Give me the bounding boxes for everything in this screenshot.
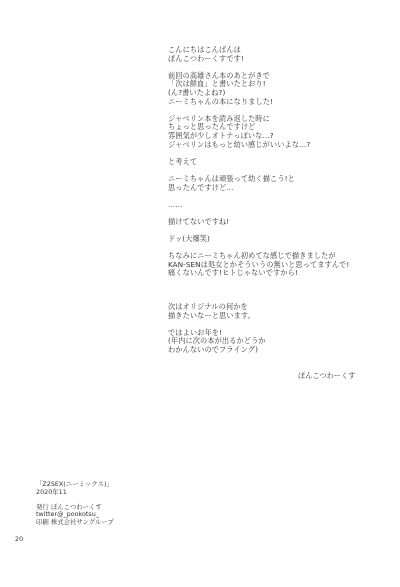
paragraph-thinking: と考えて bbox=[168, 158, 396, 167]
paragraph-failed: 描けてないですね! bbox=[168, 218, 396, 227]
colophon: 「Z2SEX(ニーミックス)」 2020年11 発行 ぽんこつわーくす twit… bbox=[36, 481, 114, 534]
text-line: ジャベリンはもっと幼い感じがいいよな…? bbox=[168, 141, 396, 150]
colophon-title-block: 「Z2SEX(ニーミックス)」 2020年11 bbox=[36, 481, 114, 496]
paragraph-laugh: ドッ(大爆笑) bbox=[168, 235, 396, 244]
document-page: こんにちはこんばんは ぽんこつわーくすです! 前回の高雄さん本のあとがきで 「次… bbox=[0, 0, 400, 587]
text-line: ニーミちゃんの本になりました! bbox=[168, 98, 396, 107]
text-line: と考えて bbox=[168, 158, 396, 167]
paragraph-next: 次はオリジナルの何かを 描きたいなーと思います。 bbox=[168, 303, 396, 320]
text-line: 痛くないんです!ヒトじゃないですから! bbox=[168, 269, 396, 278]
text-line: ぽんこつわーくすです! bbox=[168, 55, 396, 64]
publication-date: 2020年11 bbox=[36, 489, 114, 497]
text-line: 思ったんですけど… bbox=[168, 184, 396, 193]
text-line: 描けてないですね! bbox=[168, 218, 396, 227]
paragraph-kansen: ちなみにニーミちゃん初めてな感じで描きましたが KAN-SENは処女とかそういう… bbox=[168, 252, 396, 278]
afterword-text: こんにちはこんばんは ぽんこつわーくすです! 前回の高雄さん本のあとがきで 「次… bbox=[168, 46, 396, 363]
text-line: ドッ(大爆笑) bbox=[168, 235, 396, 244]
page-number: 20 bbox=[15, 535, 23, 543]
text-line: わかんないのでフライング) bbox=[168, 346, 396, 355]
paragraph-ellipsis: …… bbox=[168, 201, 396, 210]
printer: 印刷 株式会社サングループ bbox=[36, 519, 114, 527]
paragraph-niimi-plan: ニーミちゃんは頑張って幼く描こう!と 思ったんですけど… bbox=[168, 175, 396, 192]
paragraph-javelin: ジャベリン本を読み返した時に ちょっと思ったんですけど 雰囲気が少しオトナっぽい… bbox=[168, 115, 396, 149]
text-line: 描きたいなーと思います。 bbox=[168, 312, 396, 321]
colophon-credits-block: 発行 ぽんこつわーくす twitter@_pookotsu_ 印刷 株式会社サン… bbox=[36, 504, 114, 527]
paragraph-greeting: こんにちはこんばんは ぽんこつわーくすです! bbox=[168, 46, 396, 63]
author-signature: ぽんこつわーくす bbox=[298, 371, 355, 380]
paragraph-previous-book: 前回の高雄さん本のあとがきで 「次は鮮血」と書いたとおり! (ん?書いたよね?)… bbox=[168, 72, 396, 106]
paragraph-farewell: ではよいお年を! (年内に次の本が出るかどうか わかんないのでフライング) bbox=[168, 329, 396, 355]
text-line: …… bbox=[168, 201, 396, 210]
